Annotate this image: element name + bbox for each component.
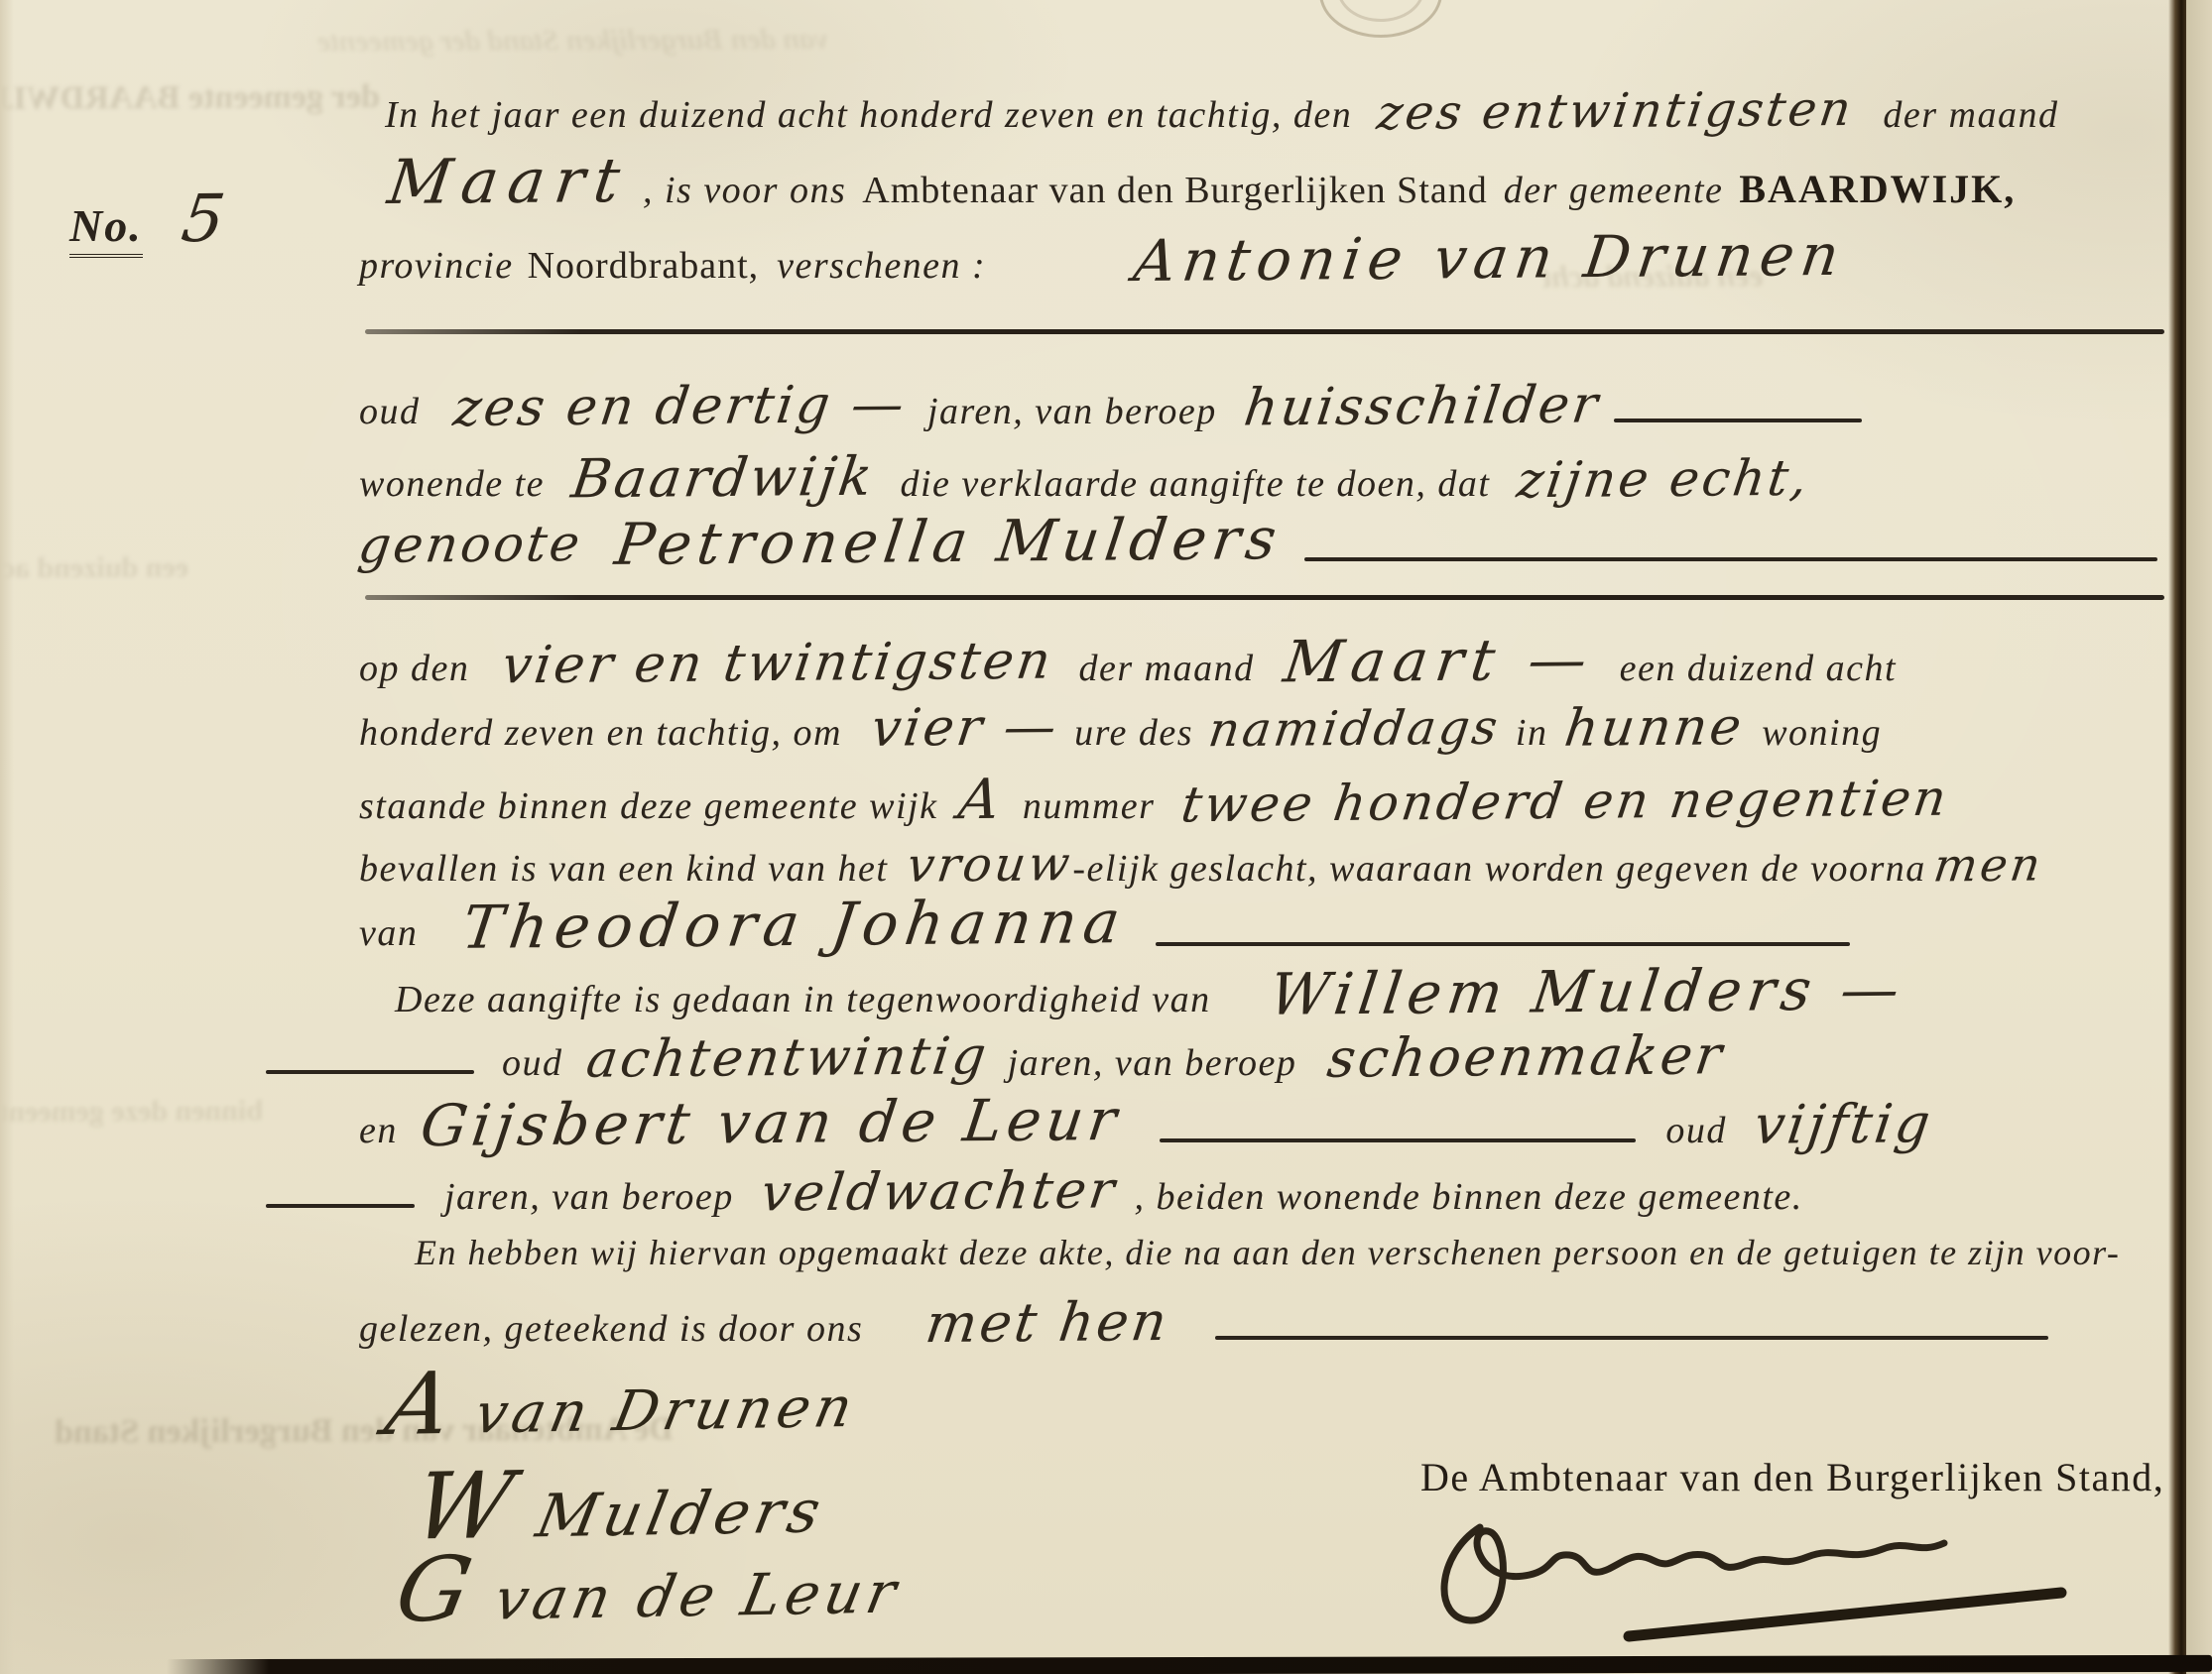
printed-segment: -elijk geslacht, waaraan worden gegeven … <box>1072 847 1925 891</box>
record-line-witness2-details: jaren, van beroep veldwachter , beiden w… <box>266 1162 1803 1222</box>
bleedthrough-text: binnen deze gemeente <box>0 1094 263 1129</box>
printed-segment: provincie <box>359 244 514 288</box>
printed-segment: woning <box>1762 711 1882 755</box>
record-line-declarant: provincie Noordbrabant, verschenen : Ant… <box>359 224 1845 292</box>
printed-segment: , beiden wonende binnen deze gemeente. <box>1135 1175 1803 1219</box>
declarant-name: Antonie van Drunen <box>1130 221 1850 295</box>
printed-segment: oud <box>1665 1109 1727 1152</box>
witness1-profession: schoenmaker <box>1324 1023 1729 1089</box>
record-line-address: staande binnen deze gemeente wijk A numm… <box>359 768 1948 832</box>
printed-segment: , is voor ons <box>643 169 846 212</box>
record-line-gender: bevallen is van een kind van het vrouw -… <box>359 837 2042 893</box>
printed-segment: ure des <box>1074 711 1193 755</box>
mother-name: Petronella Mulders <box>611 505 1286 578</box>
birth-day-ordinal: vier en twintigsten <box>499 632 1057 696</box>
witness2-age: vijftig <box>1751 1092 1937 1156</box>
handwritten-segment: men <box>1930 838 2046 893</box>
printed-segment: staande binnen deze gemeente wijk <box>359 784 937 828</box>
printed-segment: honderd zeven en tachtig, om <box>359 711 842 755</box>
handwritten-segment: genoote <box>355 515 586 574</box>
handwritten-segment: met hen <box>922 1290 1173 1355</box>
printed-segment: een duizend acht <box>1620 647 1897 690</box>
printed-segment: In het jaar een duizend acht honderd zev… <box>385 93 1352 137</box>
record-line-date: In het jaar een duizend acht honderd zev… <box>385 83 2058 139</box>
printed-segment: jaren, van beroep <box>927 390 1217 433</box>
witness2-profession: veldwachter <box>758 1160 1121 1223</box>
residence-name: Baardwijk <box>568 445 879 511</box>
handwritten-day-ordinal: zes entwintigsten <box>1374 81 1857 141</box>
province-name: Noordbrabant, <box>528 244 760 288</box>
witness2-signature: G van de Leur <box>388 1531 912 1643</box>
printed-segment: gelezen, geteekend is door ons <box>359 1307 863 1351</box>
printed-segment: bevallen is van een kind van het <box>359 847 888 891</box>
ink-dash <box>1160 1138 1636 1142</box>
ink-dash <box>1215 1336 2048 1340</box>
printed-segment: En hebben wij hiervan opgemaakt deze akt… <box>415 1232 2120 1273</box>
printed-segment: jaren, van beroep <box>444 1175 734 1219</box>
ink-dash <box>1156 942 1850 946</box>
child-name: Theodora Johanna <box>458 888 1131 963</box>
page-right-edge <box>2186 0 2212 1674</box>
bleedthrough-text: een duizend acht <box>0 550 188 585</box>
record-line-birthtime: honderd zeven en tachtig, om vier — ure … <box>359 698 1882 758</box>
declarant-signature: A van Drunen <box>378 1347 868 1455</box>
birth-month: Maart — <box>1280 626 1598 696</box>
printed-segment: verschenen : <box>777 244 986 288</box>
ink-dash <box>1614 418 1862 422</box>
printed-segment: der maand <box>1079 647 1255 690</box>
printed-segment: in <box>1516 711 1548 755</box>
printed-segment: Deze aangifte is gedaan in tegenwoordigh… <box>395 978 1211 1021</box>
record-line-witness1: Deze aangifte is gedaan in tegenwoordigh… <box>395 958 1904 1025</box>
bleedthrough-text: van den Burgerlijken Stand der gemeente <box>317 23 827 60</box>
witness2-name: Gijsbert van de Leur <box>417 1086 1125 1159</box>
record-line-age-profession: oud zes en dertig — jaren, van beroep hu… <box>359 377 1862 436</box>
record-line-birthdate: op den vier en twintigsten der maand Maa… <box>359 627 1897 694</box>
act-number-label: No. <box>69 199 143 258</box>
record-line-month-municipality: Maart , is voor ons Ambtenaar van den Bu… <box>389 145 2016 217</box>
witness1-age: achtentwintig <box>582 1026 992 1090</box>
ink-rule <box>365 595 2164 600</box>
printed-segment: nummer <box>1023 784 1156 828</box>
municipality-name: BAARDWIJK, <box>1739 166 2016 212</box>
record-line-signing-clause: gelezen, geteekend is door ons met hen <box>359 1291 2048 1354</box>
district-letter: A <box>955 768 1007 832</box>
printed-segment: op den <box>359 647 469 690</box>
handwritten-segment: zijne echt, <box>1514 449 1813 510</box>
birth-hour: vier — <box>868 697 1062 759</box>
printed-segment: jaren, van beroep <box>1008 1041 1297 1085</box>
printed-segment: der maand <box>1883 93 2058 137</box>
declarant-age: zes en dertig — <box>449 375 910 438</box>
printed-segment: oud <box>359 390 421 433</box>
act-number-value: 5 <box>178 180 232 257</box>
bleedthrough-text: der gemeente BAARDWIJK <box>0 78 380 118</box>
printed-segment: van <box>359 911 418 955</box>
birth-certificate-scan: der gemeente BAARDWIJK van den Burgerlij… <box>0 0 2212 1674</box>
ink-rule <box>365 329 2164 334</box>
record-line-witness2: en Gijsbert van de Leur oud vijftig <box>359 1089 1932 1156</box>
page-bottom-edge <box>167 1655 2212 1674</box>
ink-dash <box>1304 557 2157 561</box>
page-left-edge <box>0 0 14 1674</box>
child-gender: vrouw <box>905 836 1077 893</box>
printed-segment: wonende te <box>359 462 545 506</box>
witness1-name: Willem Mulders — <box>1266 955 1908 1028</box>
record-line-mother: genoote Petronella Mulders <box>359 508 2157 575</box>
ink-dash <box>266 1204 415 1208</box>
binding-shadow <box>2168 0 2188 1674</box>
handwritten-segment: hunne <box>1561 697 1748 759</box>
record-line-residence: wonende te Baardwijk die verklaarde aang… <box>359 446 1810 509</box>
ink-dash <box>266 1070 474 1074</box>
declarant-profession: huisschilder <box>1241 375 1604 437</box>
printed-segment: der gemeente <box>1504 169 1724 212</box>
printed-segment: en <box>359 1109 398 1152</box>
record-line-closing: En hebben wij hiervan opgemaakt deze akt… <box>415 1232 2120 1273</box>
handwritten-month: Maart <box>384 144 634 218</box>
handwritten-segment: namiddags <box>1205 700 1504 759</box>
printed-segment: die verklaarde aangifte te doen, dat <box>900 462 1490 506</box>
record-line-child-name: van Theodora Johanna <box>359 891 1850 960</box>
officer-signature <box>1418 1494 2103 1652</box>
house-number: twee honderd en negentien <box>1178 770 1953 834</box>
printed-segment: Ambtenaar van den Burgerlijken Stand <box>862 169 1487 212</box>
act-number: No. 5 <box>69 180 227 258</box>
record-line-witness1-details: oud achtentwintig jaren, van beroep scho… <box>266 1025 1724 1088</box>
printed-segment: oud <box>502 1041 563 1085</box>
